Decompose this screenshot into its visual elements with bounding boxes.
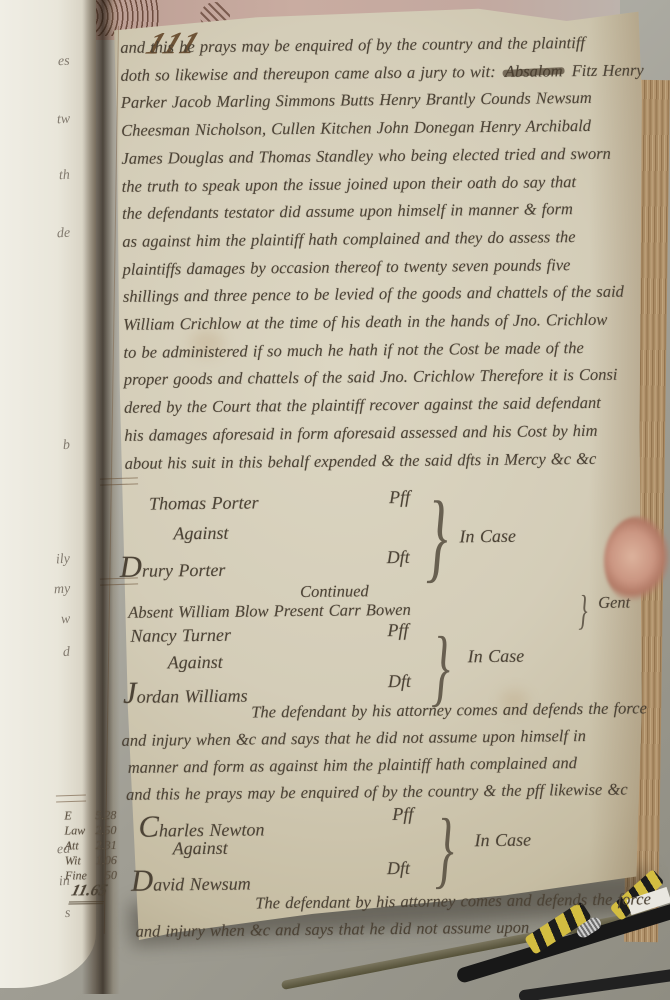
facing-page-text-fragment: ily [56, 552, 71, 569]
facing-page-text-fragment: s [64, 906, 70, 922]
facing-page-text-fragment: b [63, 438, 71, 454]
facing-page-text-fragment: ed [56, 842, 70, 859]
facing-page-text-fragment: es [58, 54, 70, 71]
facing-page-text-fragment: th [59, 168, 71, 185]
foxing-spot [190, 330, 224, 356]
facing-page-text-fragment: tw [56, 112, 70, 129]
finger [604, 516, 670, 606]
cost-amount: 50 [105, 868, 117, 883]
manuscript-page [92, 6, 644, 942]
photo-stage: es tw th de b ily my w d ed in s 111 and… [0, 0, 670, 1000]
facing-page-text-fragment: w [60, 612, 70, 628]
foxing-spot [500, 690, 528, 712]
cost-amount: 1.06 [96, 853, 117, 868]
facing-page-text-fragment: d [63, 645, 71, 661]
black-cord [518, 961, 670, 1000]
facing-page-edge: es tw th de b ily my w d ed in s [0, 0, 96, 988]
facing-page-text-fragment: de [56, 226, 70, 243]
facing-page-text-fragment: my [53, 582, 70, 599]
section-tick-mark [100, 477, 138, 485]
facing-page-text-fragment: in [59, 874, 71, 891]
section-tick-mark [56, 794, 86, 802]
section-tick-mark [100, 577, 138, 585]
